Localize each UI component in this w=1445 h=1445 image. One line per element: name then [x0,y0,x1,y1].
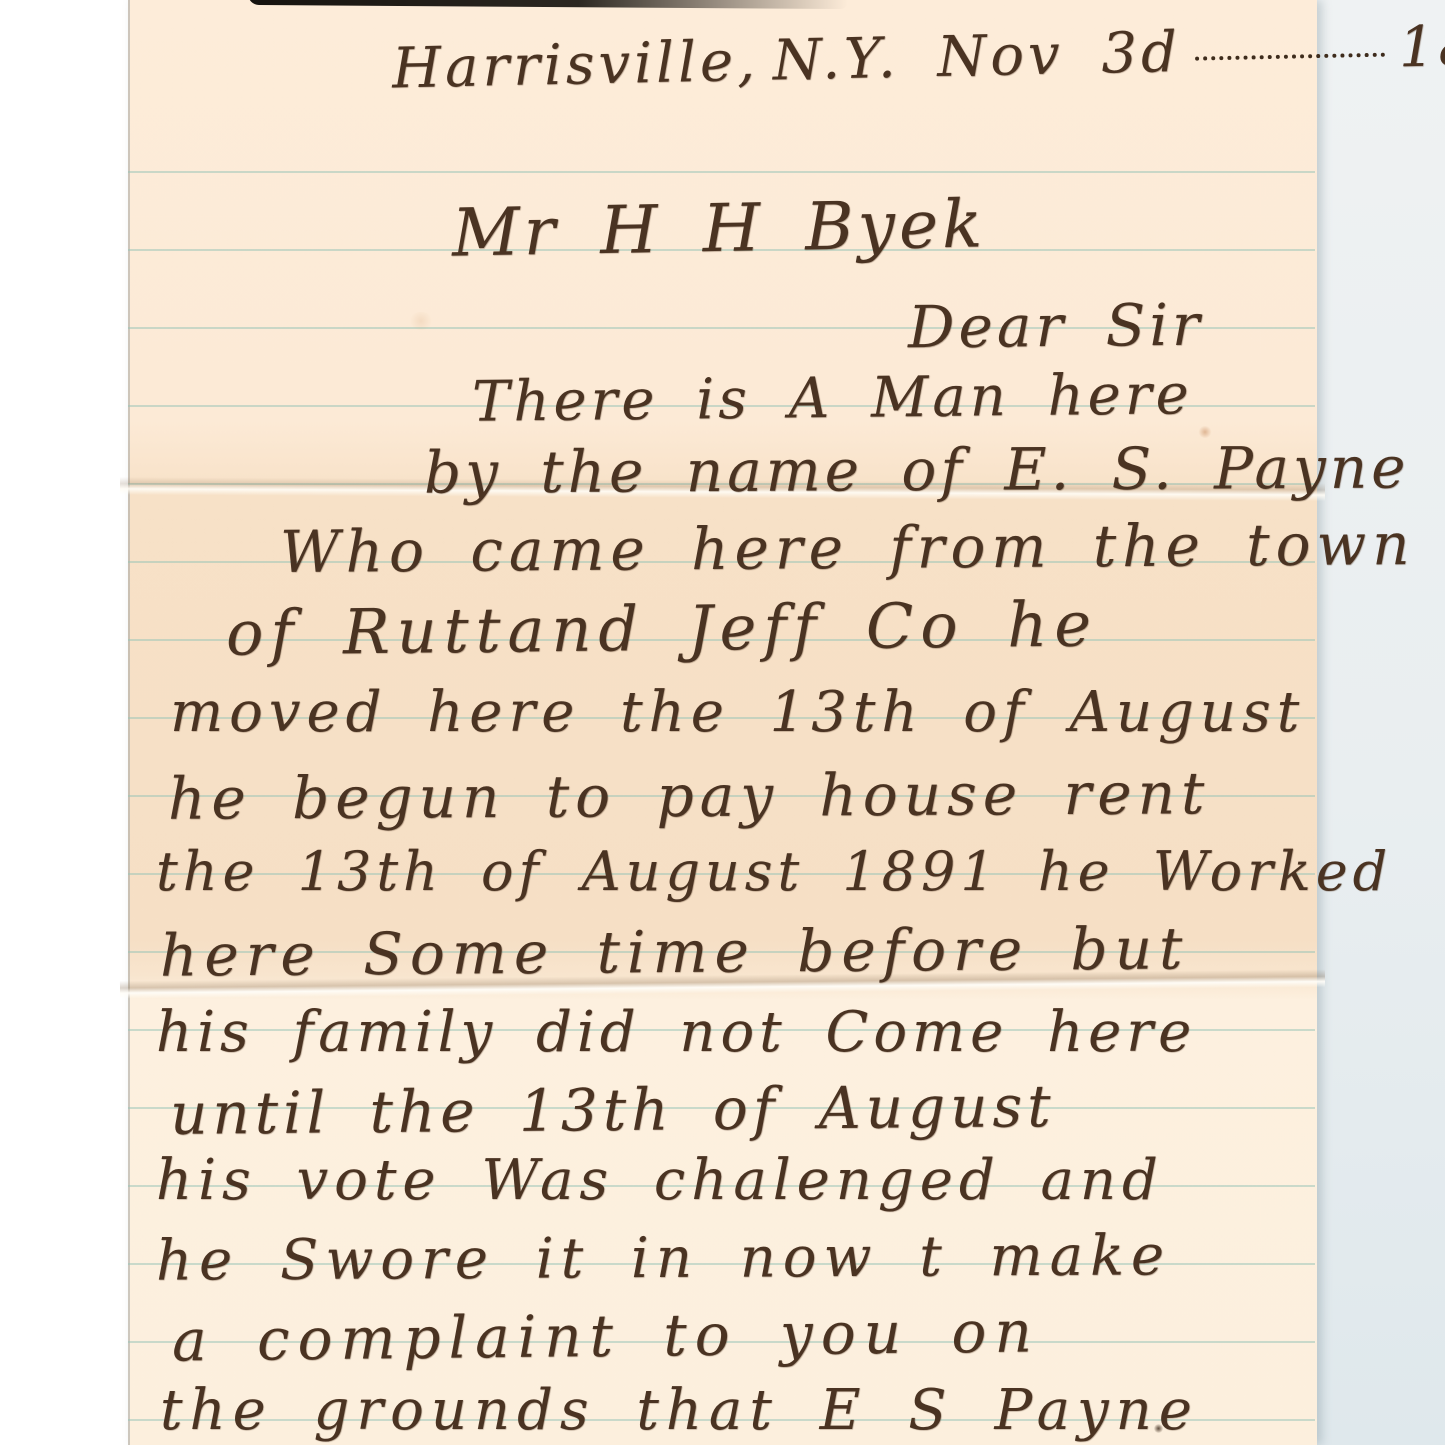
dateline-year: 1891- [1398,12,1445,81]
scanned-letter-page: Harrisville, N.Y. Nov 3d 1891- Mr H H By… [0,0,1445,1445]
dateline-state-date: N.Y. Nov 3d [772,20,1181,94]
salutation: Dear Sir [908,291,1204,362]
body-line: Who came here from the town [280,510,1416,586]
body-line: There is A Man here [472,362,1193,435]
body-line: the 13th of August 1891 he Worked [156,840,1392,903]
scan-backdrop [1313,0,1445,1445]
body-line: the grounds that E S Payne [160,1378,1199,1443]
body-line: here Some time before but [160,914,1190,989]
body-line: he Swore it in now t make [156,1223,1171,1293]
body-line: his vote Was chalenged and [156,1148,1164,1213]
body-line: until the 13th of August [170,1072,1056,1148]
paper-stain [408,312,434,330]
dateline-location: Harrisville, [391,29,759,102]
body-line: a complaint to you on [172,1297,1040,1374]
recipient-name: Mr H H Byek [451,185,986,271]
body-line: he begun to pay house rent [168,759,1211,832]
body-line: moved here the 13th of August [170,680,1305,745]
date-dotted-line [1195,53,1385,61]
body-line: his family did not Come here [156,1000,1196,1065]
body-line: by the name of E. S. Payne [424,433,1410,506]
body-line: of Ruttand Jeff Co he [226,587,1099,669]
